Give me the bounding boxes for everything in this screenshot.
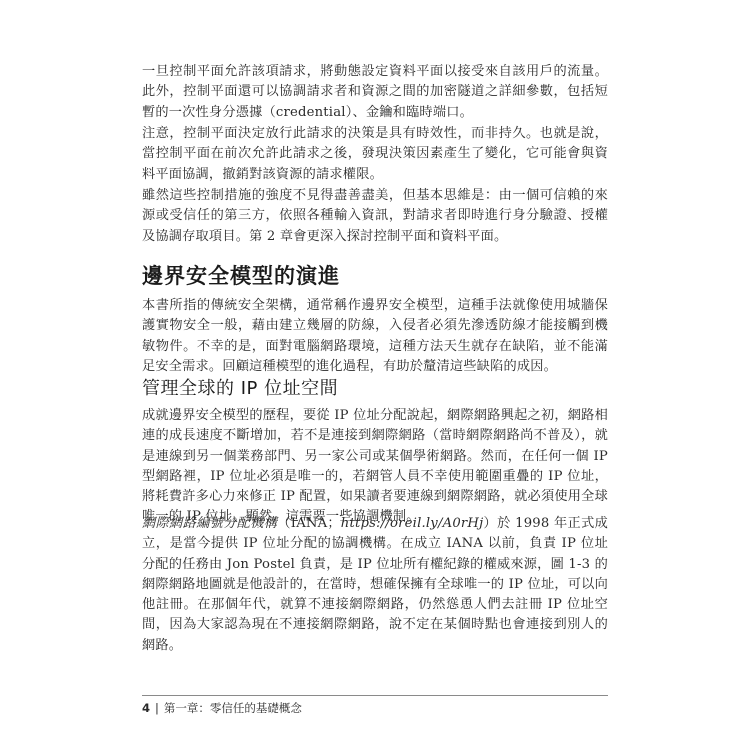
footer-divider (142, 695, 608, 696)
page-number: 4 (142, 701, 150, 715)
paragraph-control-plane: 一旦控制平面允許該項請求，將動態設定資料平面以接受來自該用戶的流量。此外，控制平… (142, 62, 608, 123)
iana-paren: （IANA； (277, 516, 341, 531)
page-footer: 4|第一章：零信任的基礎概念 (142, 700, 302, 716)
paragraph-perimeter-model: 本書所指的傳統安全架構，通常稱作邊界安全模型，這種手法就像使用城牆保護實物安全一… (142, 296, 608, 377)
section-heading: 邊界安全模型的演進 (142, 260, 340, 290)
chapter-title: 第一章：零信任的基礎概念 (164, 701, 302, 715)
paragraph-iana: 網際網路編號分配機構（IANA；https://oreil.ly/A0rHj）於… (142, 514, 608, 656)
paragraph-trusted-source: 雖然這些控制措施的強度不見得盡善盡美，但基本思維是：由一個可信賴的來源或受信任的… (142, 186, 608, 247)
iana-rest: ）於 1998 年正式成立，是當今提供 IP 位址分配的協調機構。在成立 IAN… (142, 516, 608, 653)
subsection-heading: 管理全球的 IP 位址空間 (142, 374, 338, 400)
paragraph-ip-allocation: 成就邊界安全模型的歷程，要從 IP 位址分配說起，網際網路興起之初，網路相連的成… (142, 406, 608, 528)
footer-separator: | (155, 701, 159, 715)
iana-term: 網際網路編號分配機構 (142, 516, 277, 531)
iana-link[interactable]: https://oreil.ly/A0rHj (341, 516, 484, 531)
paragraph-decision-timing: 注意，控制平面決定放行此請求的決策是具有時效性，而非持久。也就是說，當控制平面在… (142, 124, 608, 185)
